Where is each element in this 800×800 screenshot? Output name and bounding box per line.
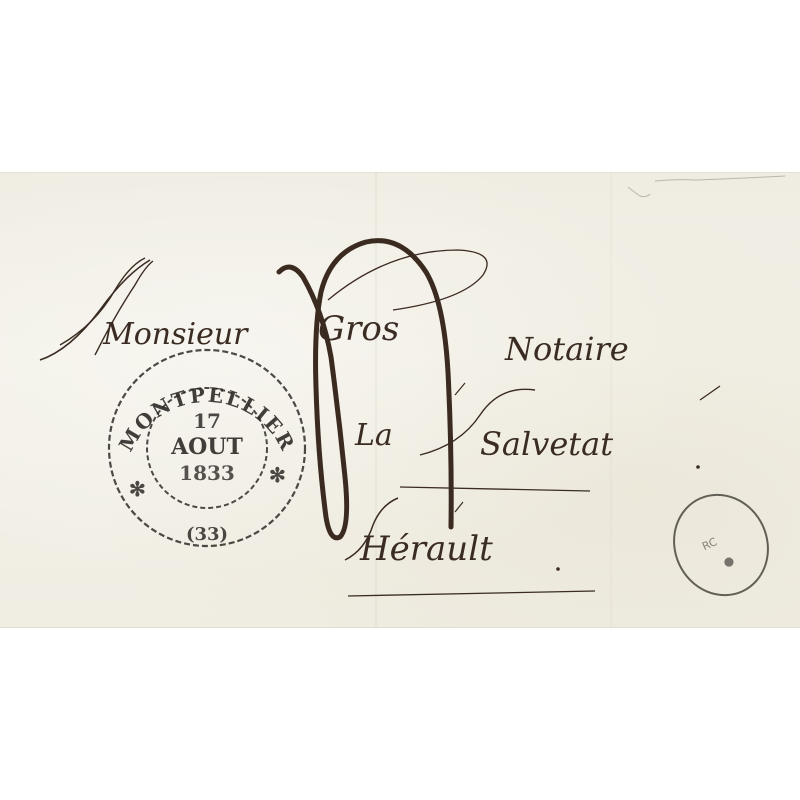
fold-line <box>375 172 377 628</box>
scan-canvas: Monsieur Gros Notaire La Salvetat Héraul… <box>0 0 800 800</box>
letter-cover <box>0 172 800 628</box>
fold-line <box>610 172 612 628</box>
